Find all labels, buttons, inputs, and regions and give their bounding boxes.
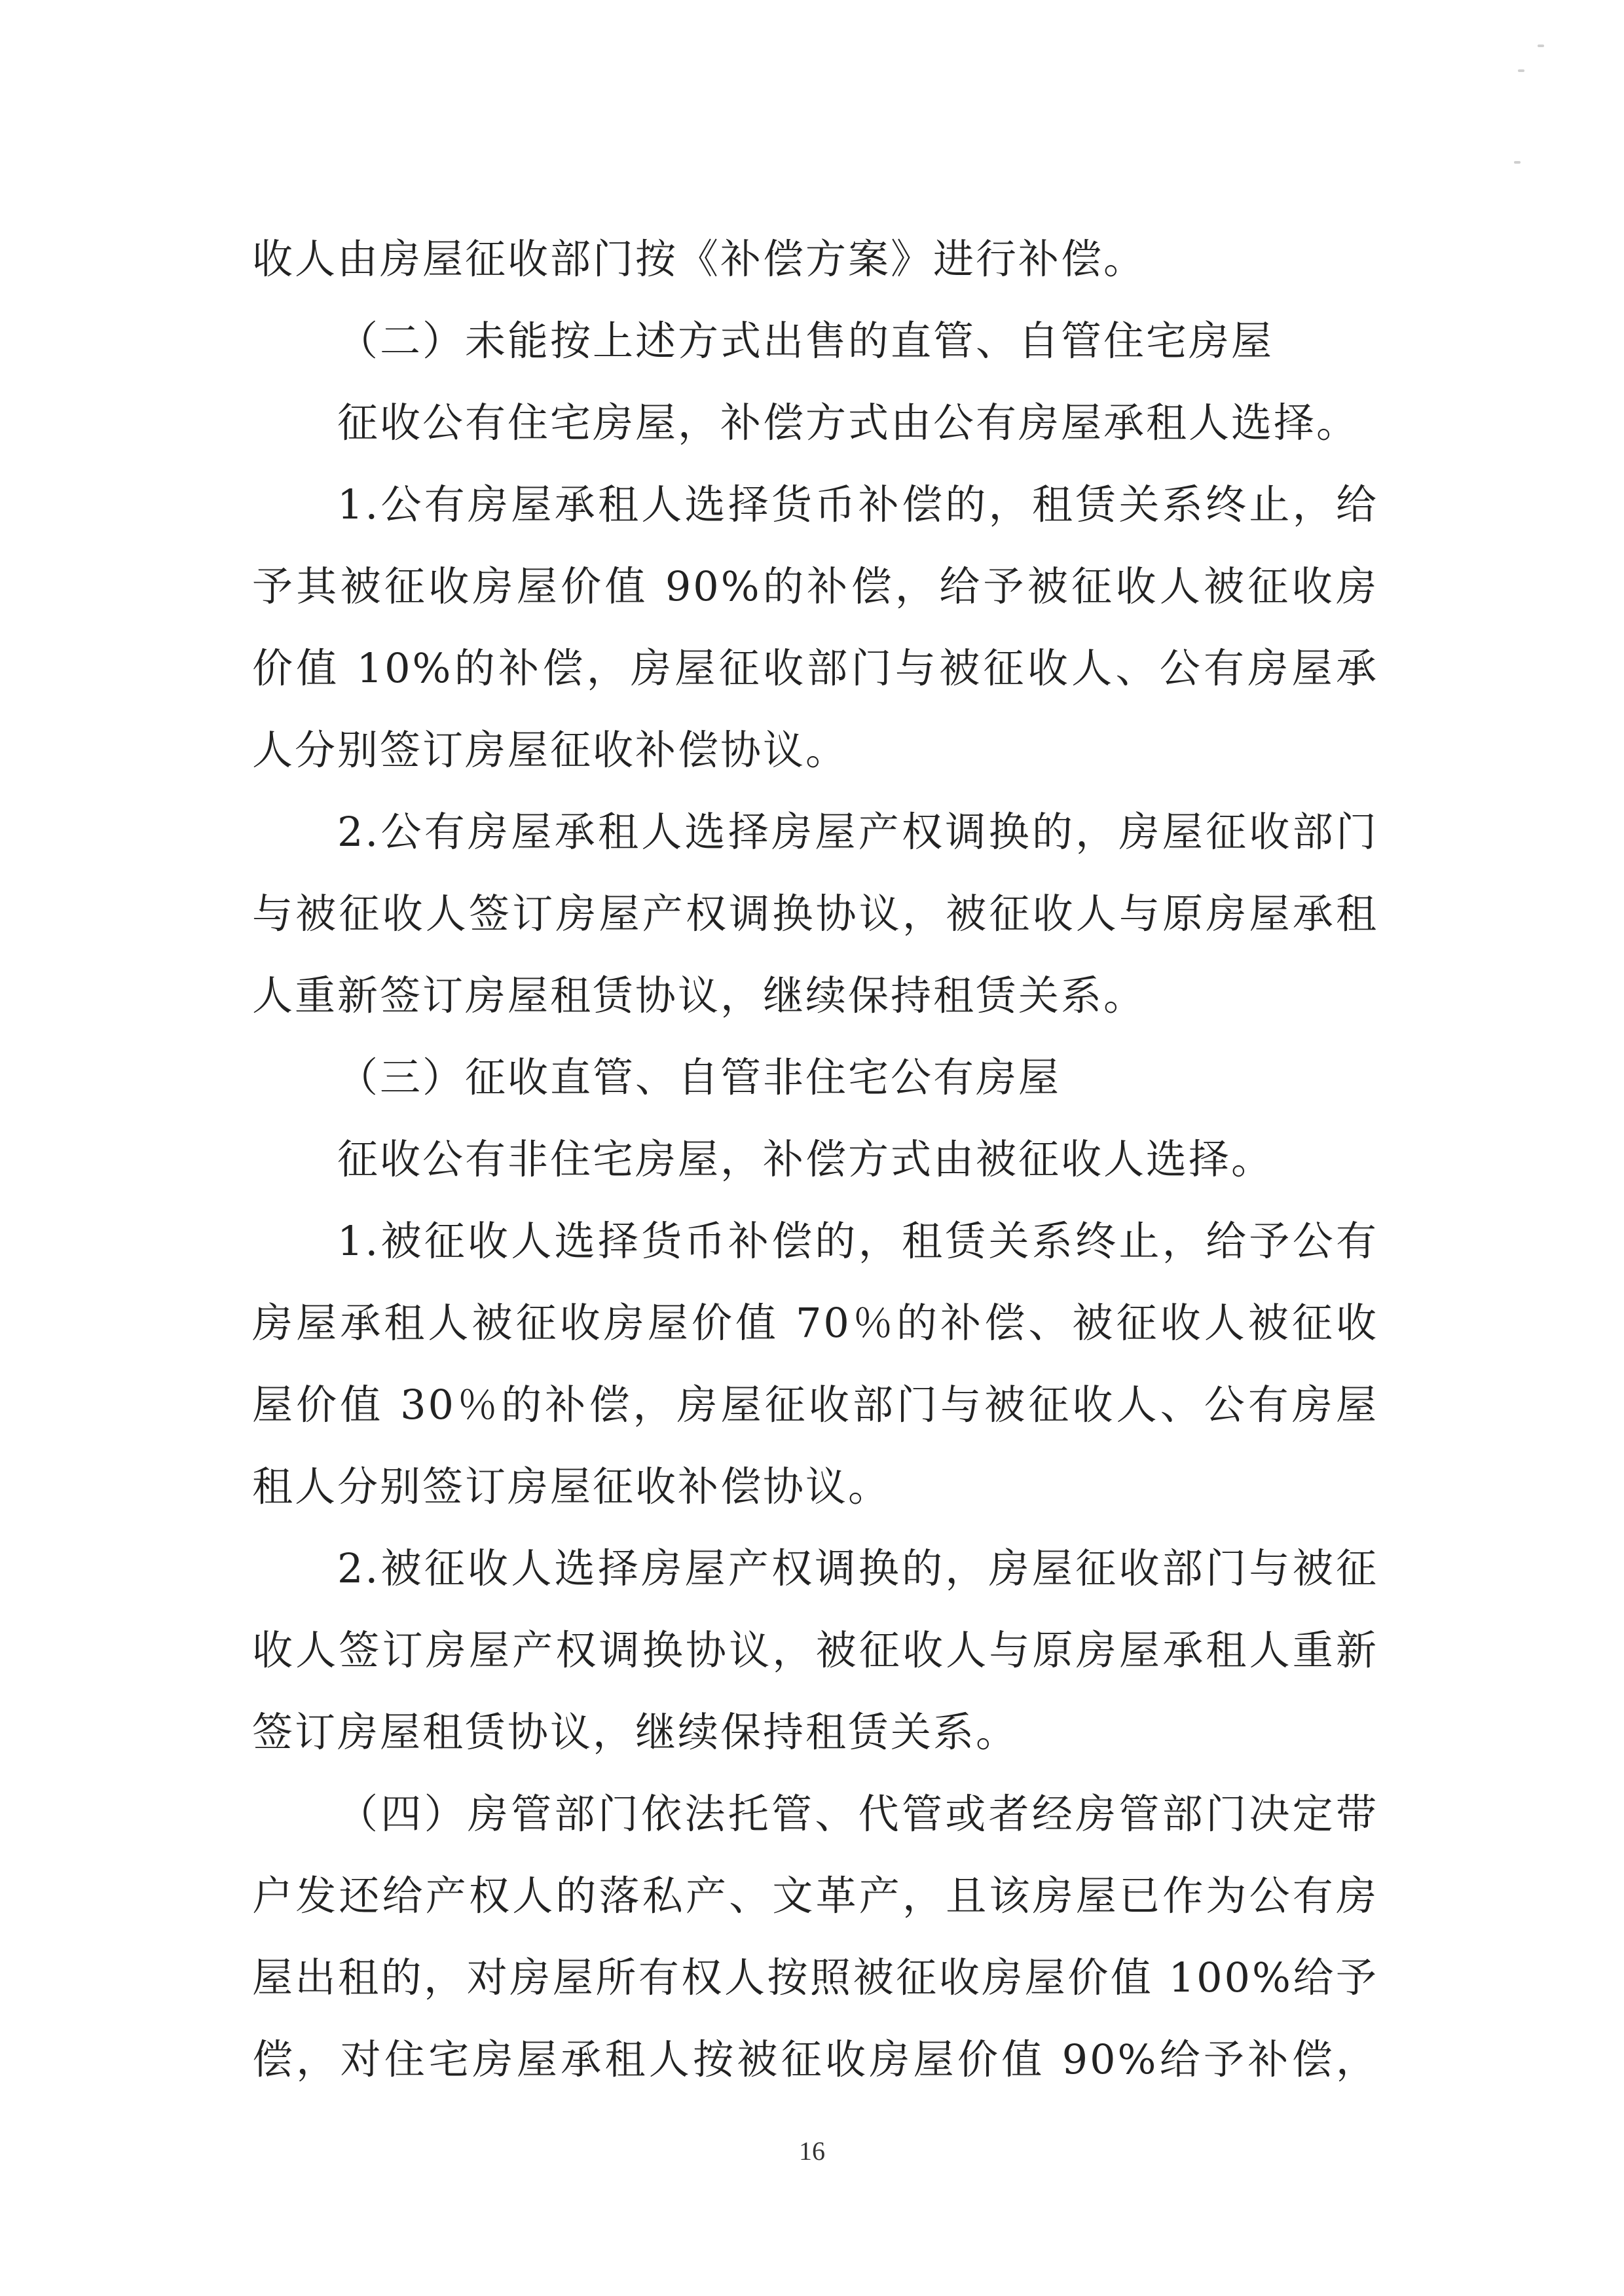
- text-line: 签订房屋租赁协议，继续保持租赁关系。: [252, 1691, 1378, 1773]
- text-line: 房屋承租人被征收房屋价值 70％的补偿、被征收人被征收房: [252, 1282, 1378, 1364]
- list-item-1: 1.被征收人选择货币补偿的，租赁关系终止，给予公有: [252, 1200, 1378, 1282]
- text-line: 偿，对住宅房屋承租人按被征收房屋价值 90%给予补偿，对: [252, 2018, 1378, 2100]
- page-number: 16: [0, 2136, 1624, 2166]
- text-line: 与被征收人签订房屋产权调换协议，被征收人与原房屋承租: [252, 873, 1378, 955]
- scan-speck: [1518, 69, 1524, 72]
- text-line: 予其被征收房屋价值 90%的补偿，给予被征收人被征收房屋: [252, 545, 1378, 627]
- text-line: 租人分别签订房屋征收补偿协议。: [252, 1446, 1378, 1527]
- section-heading-4: （四）房管部门依法托管、代管或者经房管部门决定带: [252, 1773, 1378, 1855]
- list-item-1: 1.公有房屋承租人选择货币补偿的，租赁关系终止，给: [252, 464, 1378, 545]
- body-text: 收人由房屋征收部门按《补偿方案》进行补偿。 （二）未能按上述方式出售的直管、自管…: [252, 218, 1378, 2100]
- text-line: 征收公有住宅房屋，补偿方式由公有房屋承租人选择。: [252, 382, 1378, 464]
- text-line: 征收公有非住宅房屋，补偿方式由被征收人选择。: [252, 1118, 1378, 1200]
- text-line: 屋出租的，对房屋所有权人按照被征收房屋价值 100%给予补: [252, 1937, 1378, 2018]
- text-line: 人重新签订房屋租赁协议，继续保持租赁关系。: [252, 955, 1378, 1036]
- document-page: 收人由房屋征收部门按《补偿方案》进行补偿。 （二）未能按上述方式出售的直管、自管…: [0, 0, 1624, 2296]
- list-item-2: 2.被征收人选择房屋产权调换的，房屋征收部门与被征: [252, 1527, 1378, 1609]
- scan-speck: [1514, 161, 1521, 164]
- text-line: 户发还给产权人的落私产、文革产，且该房屋已作为公有房: [252, 1855, 1378, 1937]
- text-line: 价值 10%的补偿，房屋征收部门与被征收人、公有房屋承租: [252, 627, 1378, 709]
- section-heading-2: （二）未能按上述方式出售的直管、自管住宅房屋: [252, 300, 1378, 382]
- section-heading-3: （三）征收直管、自管非住宅公有房屋: [252, 1036, 1378, 1118]
- text-line: 屋价值 30％的补偿，房屋征收部门与被征收人、公有房屋承: [252, 1364, 1378, 1446]
- list-item-2: 2.公有房屋承租人选择房屋产权调换的，房屋征收部门: [252, 791, 1378, 873]
- text-line: 收人由房屋征收部门按《补偿方案》进行补偿。: [252, 218, 1378, 300]
- text-line: 收人签订房屋产权调换协议，被征收人与原房屋承租人重新: [252, 1609, 1378, 1691]
- text-line: 人分别签订房屋征收补偿协议。: [252, 709, 1378, 791]
- scan-speck: [1538, 45, 1544, 47]
